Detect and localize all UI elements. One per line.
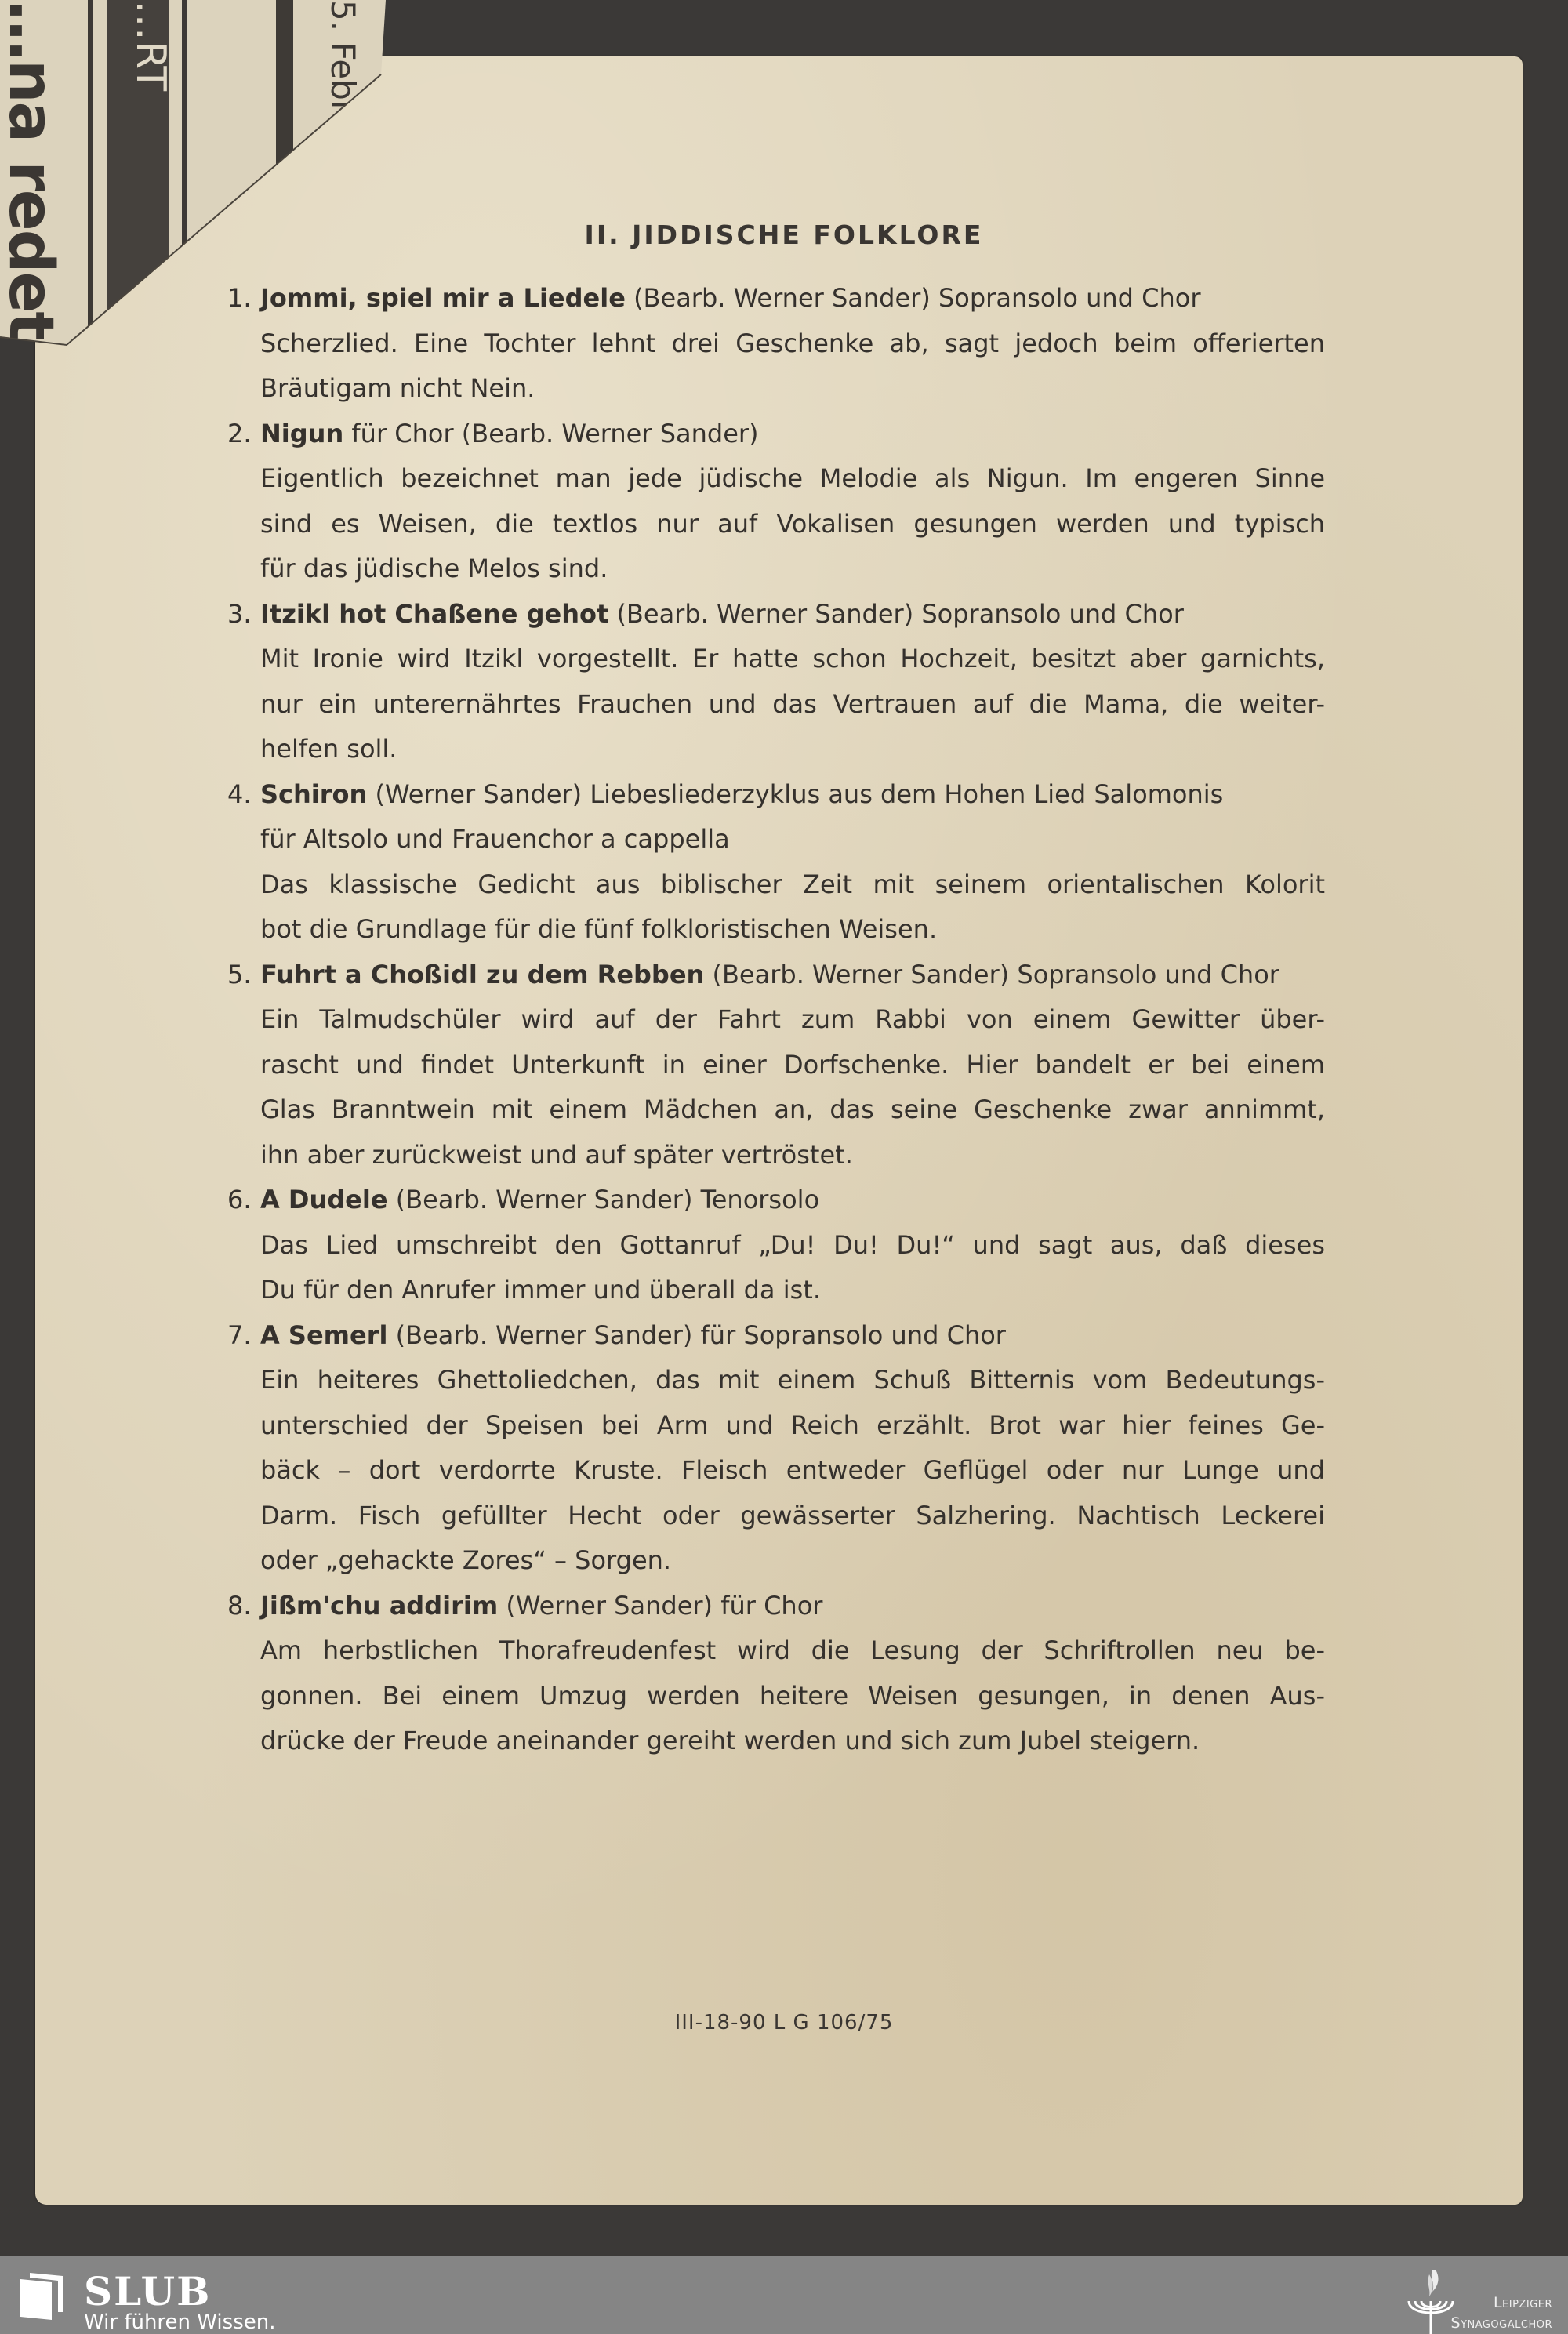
clipping-rule xyxy=(88,0,93,345)
description-line: ihn aber zurückweist und auf später vert… xyxy=(260,1133,1325,1178)
program-item: 1.Jommi, spiel mir a Liedele (Bearb. Wer… xyxy=(227,276,1325,412)
item-description: für Altsolo und Frauenchor a cappella Da… xyxy=(227,817,1325,953)
description-line: sind es Weisen, die textlos nur auf Voka… xyxy=(260,502,1325,547)
item-subtitle: (Werner Sander) für Chor xyxy=(498,1591,822,1621)
item-title: A Dudele xyxy=(260,1185,388,1214)
footer-bar: SLUB Wir führen Wissen. Leipziger Synago… xyxy=(0,2256,1568,2334)
item-title: Jißm'chu addirim xyxy=(260,1591,498,1621)
item-subtitle: (Werner Sander) Liebesliederzyklus aus d… xyxy=(367,779,1223,809)
item-title: Jommi, spiel mir a Liedele xyxy=(260,283,626,313)
item-description: Mit Ironie wird Itzikl vorgestellt. Er h… xyxy=(227,637,1325,772)
description-line: Du für den Anrufer immer und überall da … xyxy=(260,1268,1325,1313)
description-line: nur ein unterernährtes Frauchen und das … xyxy=(260,682,1325,728)
description-line: Darm. Fisch gefüllter Hecht oder gewässe… xyxy=(260,1494,1325,1539)
item-title: Itzikl hot Chaßene gehot xyxy=(260,599,608,629)
item-number: 1. xyxy=(227,276,252,321)
slub-brand[interactable]: SLUB xyxy=(84,2268,211,2314)
item-header: 7.A Semerl (Bearb. Werner Sander) für So… xyxy=(227,1313,1325,1359)
program-item: 7.A Semerl (Bearb. Werner Sander) für So… xyxy=(227,1313,1325,1584)
item-title: Nigun xyxy=(260,419,343,448)
clipping-date: 5. Febr xyxy=(321,0,361,114)
item-number: 5. xyxy=(227,953,252,998)
item-header: 3.Itzikl hot Chaßene gehot (Bearb. Werne… xyxy=(227,592,1325,637)
item-subtitle: (Bearb. Werner Sander) Tenorsolo xyxy=(388,1185,820,1214)
item-description: Am herbstlichen Thorafreudenfest wird di… xyxy=(227,1628,1325,1764)
item-header: 8.Jißm'chu addirim (Werner Sander) für C… xyxy=(227,1584,1325,1629)
description-line: gonnen. Bei einem Umzug werden heitere W… xyxy=(260,1674,1325,1719)
description-line: Am herbstlichen Thorafreudenfest wird di… xyxy=(260,1628,1325,1674)
item-description: Eigentlich bezeichnet man jede jüdische … xyxy=(227,456,1325,592)
item-subtitle: (Bearb. Werner Sander) Sopransolo und Ch… xyxy=(704,960,1279,989)
section-heading: II. JIDDISCHE FOLKLORE xyxy=(0,220,1568,250)
item-subtitle: (Bearb. Werner Sander) für Sopransolo un… xyxy=(387,1320,1006,1350)
program-item: 2.Nigun für Chor (Bearb. Werner Sander) … xyxy=(227,412,1325,592)
description-line: unterschied der Speisen bei Arm und Reic… xyxy=(260,1403,1325,1449)
item-subtitle: (Bearb. Werner Sander) Sopransolo und Ch… xyxy=(626,283,1201,313)
item-header: 5.Fuhrt a Choßidl zu dem Rebben (Bearb. … xyxy=(227,953,1325,998)
item-header: 4.Schiron (Werner Sander) Liebesliederzy… xyxy=(227,772,1325,818)
program-item: 3.Itzikl hot Chaßene gehot (Bearb. Werne… xyxy=(227,592,1325,772)
brand-line-2: Synagogalchor xyxy=(1450,2313,1552,2333)
description-line: für Altsolo und Frauenchor a cappella xyxy=(260,817,1325,862)
synagogue-choir-brand[interactable]: Leipziger Synagogalchor xyxy=(1450,2292,1552,2333)
item-description: Ein Talmudschüler wird auf der Fahrt zum… xyxy=(227,997,1325,1178)
item-number: 3. xyxy=(227,592,252,637)
item-header: 6.A Dudele (Bearb. Werner Sander) Tenors… xyxy=(227,1178,1325,1223)
program-list: 1.Jommi, spiel mir a Liedele (Bearb. Wer… xyxy=(227,276,1325,1764)
print-code: III-18-90 L G 106/75 xyxy=(0,2011,1568,2035)
program-item: 5.Fuhrt a Choßidl zu dem Rebben (Bearb. … xyxy=(227,953,1325,1178)
item-subtitle: (Bearb. Werner Sander) Sopransolo und Ch… xyxy=(608,599,1184,629)
description-line: drücke der Freude aneinander gereiht wer… xyxy=(260,1719,1325,1764)
item-number: 7. xyxy=(227,1313,252,1359)
item-number: 6. xyxy=(227,1178,252,1223)
description-line: bot die Grundlage für die fünf folkloris… xyxy=(260,907,1325,953)
item-description: Ein heiteres Ghettoliedchen, das mit ein… xyxy=(227,1358,1325,1584)
clipping-band-text: …RT xyxy=(125,0,172,91)
description-line: Glas Branntwein mit einem Mädchen an, da… xyxy=(260,1087,1325,1133)
description-line: für das jüdische Melos sind. xyxy=(260,546,1325,592)
description-line: oder „gehackte Zores“ – Sorgen. xyxy=(260,1538,1325,1584)
item-title: Schiron xyxy=(260,779,367,809)
brand-line-1: Leipziger xyxy=(1450,2292,1552,2313)
clipping-headline: …na redet xyxy=(3,0,58,345)
slub-tagline: Wir führen Wissen. xyxy=(84,2310,275,2334)
item-header: 2.Nigun für Chor (Bearb. Werner Sander) xyxy=(227,412,1325,457)
item-number: 2. xyxy=(227,412,252,457)
description-line: Eigentlich bezeichnet man jede jüdische … xyxy=(260,456,1325,502)
description-line: helfen soll. xyxy=(260,727,1325,772)
item-header: 1.Jommi, spiel mir a Liedele (Bearb. Wer… xyxy=(227,276,1325,321)
item-number: 8. xyxy=(227,1584,252,1629)
item-title: Fuhrt a Choßidl zu dem Rebben xyxy=(260,960,704,989)
program-item: 8.Jißm'chu addirim (Werner Sander) für C… xyxy=(227,1584,1325,1764)
item-subtitle: für Chor (Bearb. Werner Sander) xyxy=(343,419,758,448)
description-line: Mit Ironie wird Itzikl vorgestellt. Er h… xyxy=(260,637,1325,682)
description-line: Ein Talmudschüler wird auf der Fahrt zum… xyxy=(260,997,1325,1043)
description-line: rascht und findet Unterkunft in einer Do… xyxy=(260,1043,1325,1088)
item-title: A Semerl xyxy=(260,1320,387,1350)
book-pages-icon xyxy=(20,2273,64,2320)
menorah-flame-icon xyxy=(1406,2268,1456,2334)
item-description: Das Lied umschreibt den Gottanruf „Du! D… xyxy=(227,1223,1325,1313)
item-number: 4. xyxy=(227,772,252,818)
description-line: Ein heiteres Ghettoliedchen, das mit ein… xyxy=(260,1358,1325,1403)
program-item: 6.A Dudele (Bearb. Werner Sander) Tenors… xyxy=(227,1178,1325,1313)
description-line: bäck – dort verdorrte Kruste. Fleisch en… xyxy=(260,1448,1325,1494)
description-line: Das klassische Gedicht aus biblischer Ze… xyxy=(260,862,1325,908)
description-line: Bräutigam nicht Nein. xyxy=(260,366,1325,412)
description-line: Das Lied umschreibt den Gottanruf „Du! D… xyxy=(260,1223,1325,1269)
description-line: Scherzlied. Eine Tochter lehnt drei Gesc… xyxy=(260,321,1325,367)
program-item: 4.Schiron (Werner Sander) Liebesliederzy… xyxy=(227,772,1325,953)
item-description: Scherzlied. Eine Tochter lehnt drei Gesc… xyxy=(227,321,1325,412)
